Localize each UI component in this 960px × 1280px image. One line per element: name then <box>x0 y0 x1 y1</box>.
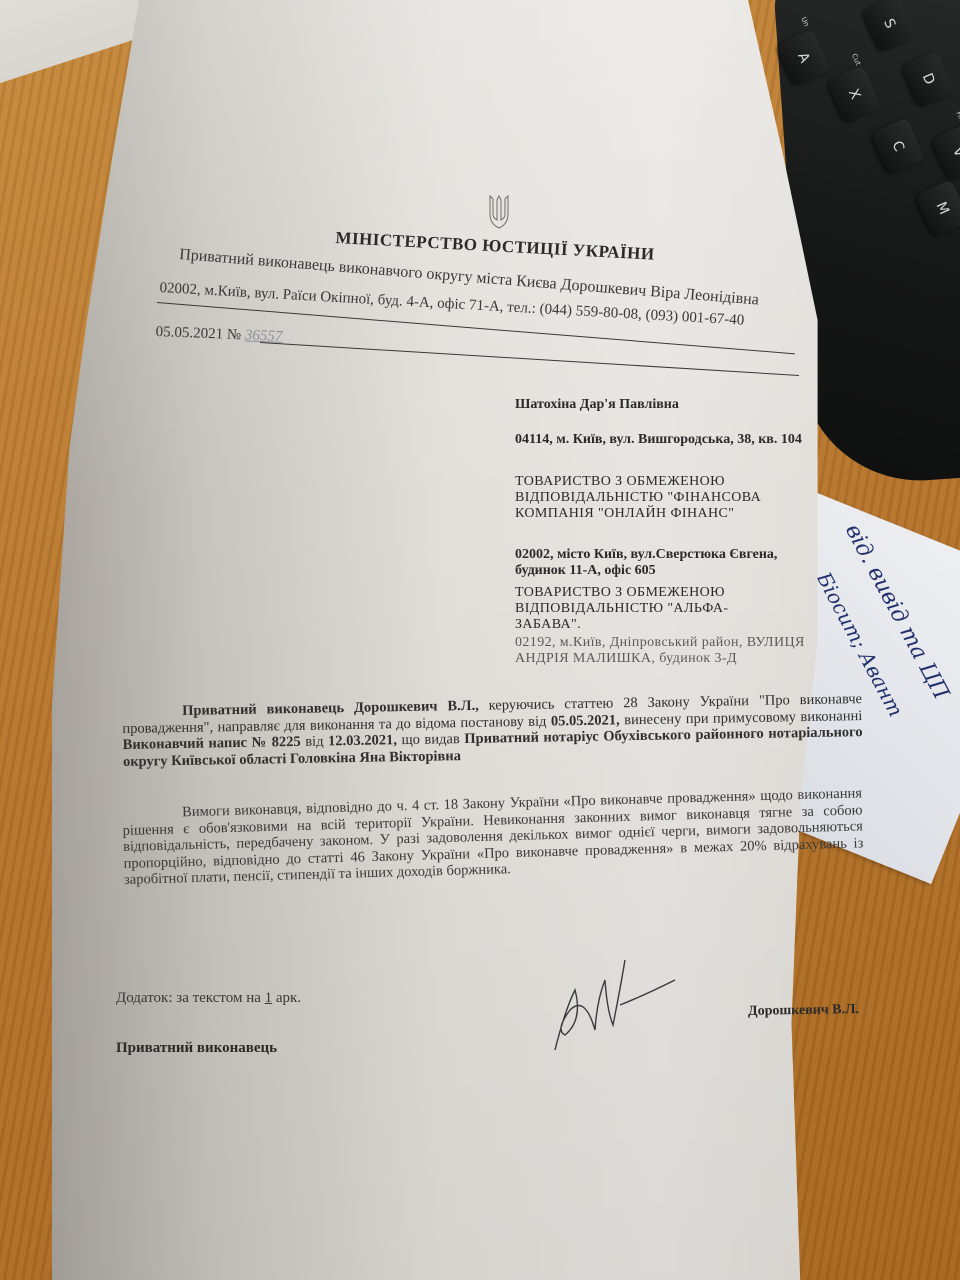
attachment-note: Додаток: за текстом на 1 арк. <box>116 990 301 1007</box>
ministry-title: МІНІСТЕРСТВО ЮСТИЦІЇ УКРАЇНИ <box>335 228 655 265</box>
body-paragraph: Приватний виконавець Дорошкевич В.Л., ке… <box>122 691 863 770</box>
official-letter: МІНІСТЕРСТВО ЮСТИЦІЇ УКРАЇНИ Приватний в… <box>0 0 960 1280</box>
signature-icon <box>535 950 685 1060</box>
addressee-address: 02002, місто Київ, вул.Сверстюка Євгена,… <box>515 547 785 579</box>
signer-name: Дорошкевич В.Л. <box>748 1002 859 1020</box>
addressee-name: Шатохіна Дар'я Павлівна <box>515 397 679 413</box>
addressee-name: ТОВАРИСТВО З ОБМЕЖЕНОЮ ВІДПОВІДАЛЬНІСТЮ … <box>515 585 775 633</box>
addressee-address: 04114, м. Київ, вул. Вишгородська, 38, к… <box>515 432 805 448</box>
addressee-address: 02192, м.Київ, Дніпровський район, ВУЛИЦ… <box>515 635 815 667</box>
addressee-name: ТОВАРИСТВО З ОБМЕЖЕНОЮ ВІДПОВІДАЛЬНІСТЮ … <box>515 474 775 522</box>
body-paragraph: Вимоги виконавця, відповідно до ч. 4 ст.… <box>122 785 864 889</box>
signer-title: Приватний виконавець <box>116 1040 277 1057</box>
trident-emblem-icon <box>488 194 510 230</box>
